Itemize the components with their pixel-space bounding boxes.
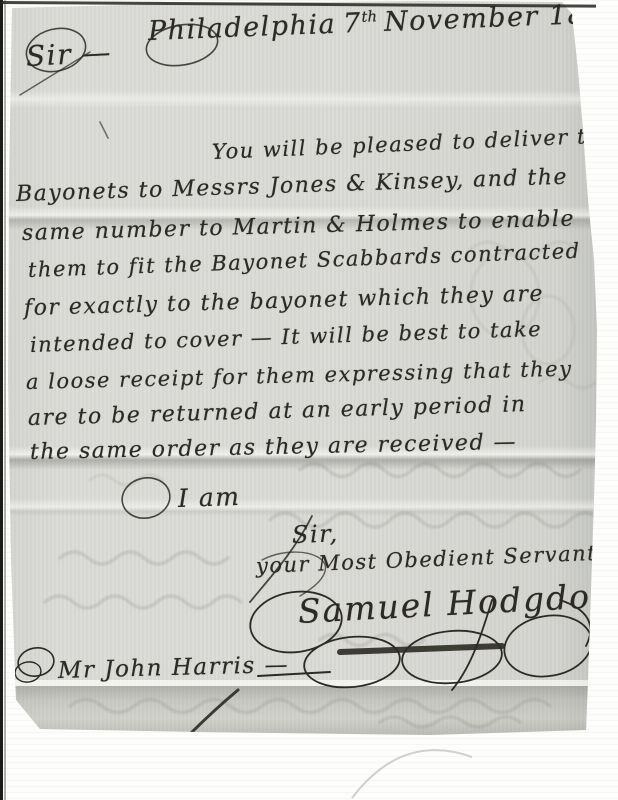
dateline-day: 7 [342,8,362,40]
closing-line: I am [177,482,240,513]
scanned-letter-page: Philadelphia 7th November 1800 Sir — You… [0,0,618,800]
salutation: Sir — [25,36,113,73]
letter-paper: Philadelphia 7th November 1800 Sir — You… [0,0,618,742]
closing-line: Sir, [292,519,340,549]
scan-edge-left [0,0,3,800]
dateline-day-suffix: th [361,7,377,26]
bottom-fold-band [0,686,618,736]
scan-edge-left-secondary [4,0,6,800]
